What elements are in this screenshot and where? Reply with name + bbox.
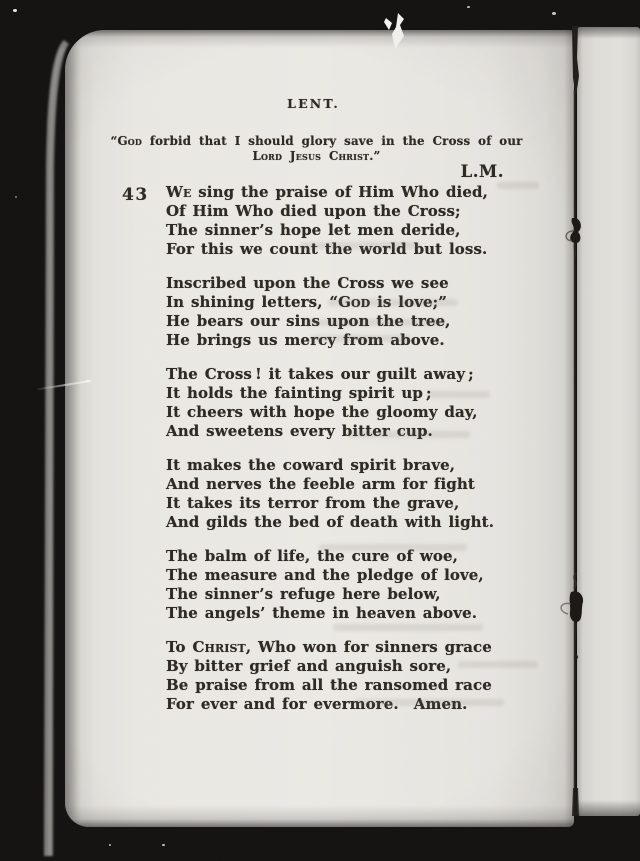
stanza-container: We sing the praise of Him Who died,Of Hi… bbox=[166, 183, 566, 729]
hymn-line: The angels’ theme in heaven above. bbox=[166, 604, 566, 623]
book-page: LENT. “God forbid that I should glory sa… bbox=[65, 30, 574, 827]
dust-speck bbox=[552, 12, 556, 15]
showthrough-smudge bbox=[300, 242, 420, 249]
page-crease-line bbox=[545, 0, 605, 861]
hymn-line: And gilds the bed of death with light. bbox=[166, 513, 566, 532]
hymn-line: It makes the coward spirit brave, bbox=[166, 456, 566, 475]
epigraph-line: “God forbid that I should glory save in … bbox=[95, 134, 538, 149]
text-run: It holds the fainting spirit up ; bbox=[166, 384, 432, 402]
showthrough-smudge bbox=[319, 544, 467, 551]
dust-speck bbox=[467, 6, 470, 8]
dust-speck bbox=[162, 844, 165, 846]
section-header: LENT. bbox=[65, 98, 562, 111]
text-run: To bbox=[166, 638, 192, 656]
small-caps-text: God bbox=[117, 134, 142, 148]
text-run: forbid that I should glory save in the C… bbox=[142, 134, 523, 148]
text-run: The sinner’s refuge here below, bbox=[166, 585, 441, 603]
stanza: The Cross ! it takes our guilt away ;It … bbox=[166, 365, 566, 441]
scanned-hymnal-photo: LENT. “God forbid that I should glory sa… bbox=[0, 0, 640, 861]
hymn-line: Of Him Who died upon the Cross; bbox=[166, 202, 566, 221]
hymn-line: The sinner’s refuge here below, bbox=[166, 585, 566, 604]
hymn-number: 43 bbox=[122, 187, 149, 204]
text-run: It takes its terror from the grave, bbox=[166, 494, 459, 512]
hymn-line: It holds the fainting spirit up ; bbox=[166, 384, 566, 403]
text-run: It makes the coward spirit brave, bbox=[166, 456, 455, 474]
text-run: It cheers with hope the gloomy day, bbox=[166, 403, 478, 421]
showthrough-smudge bbox=[348, 431, 470, 438]
showthrough-smudge bbox=[497, 182, 539, 189]
hymn-line: The measure and the pledge of love, bbox=[166, 566, 566, 585]
small-caps-text: Christ bbox=[192, 638, 245, 656]
white-arrow-artifact bbox=[380, 8, 410, 54]
hymn-line: Inscribed upon the Cross we see bbox=[166, 274, 566, 293]
text-run: The angels’ theme in heaven above. bbox=[166, 604, 477, 622]
text-run: sing the praise of Him Who died, bbox=[191, 183, 487, 201]
text-run: Of Him Who died upon the Cross; bbox=[166, 202, 461, 220]
hymn-line: Be praise from all the ransomed race bbox=[166, 676, 566, 695]
hymn-line: It cheers with hope the gloomy day, bbox=[166, 403, 566, 422]
hymn-line: It takes its terror from the grave, bbox=[166, 494, 566, 513]
showthrough-smudge bbox=[354, 699, 504, 706]
epigraph: “God forbid that I should glory save in … bbox=[95, 134, 538, 164]
text-run: And nerves the feeble arm for fight bbox=[166, 475, 475, 493]
showthrough-smudge bbox=[458, 661, 538, 668]
hymn-line: The sinner’s hope let men deride, bbox=[166, 221, 566, 240]
stanza: It makes the coward spirit brave,And ner… bbox=[166, 456, 566, 532]
small-caps-text: Lord Jesus Christ. bbox=[252, 149, 373, 163]
hymn-line: To Christ, Who won for sinners grace bbox=[166, 638, 566, 657]
showthrough-smudge bbox=[428, 391, 490, 398]
showthrough-smudge bbox=[311, 335, 411, 342]
text-run: In shining letters, “ bbox=[166, 293, 338, 311]
dust-speck bbox=[109, 844, 111, 846]
text-run: Be praise from all the ransomed race bbox=[166, 676, 492, 694]
dust-speck bbox=[15, 196, 17, 198]
dust-speck bbox=[13, 9, 17, 12]
text-run: By bitter grief and anguish sore, bbox=[166, 657, 451, 675]
showthrough-smudge bbox=[333, 624, 483, 631]
hymn-line: And nerves the feeble arm for fight bbox=[166, 475, 566, 494]
small-caps-text: We bbox=[166, 183, 191, 201]
text-run: ” bbox=[374, 149, 381, 163]
stanza: The balm of life, the cure of woe,The me… bbox=[166, 547, 566, 623]
text-run: The sinner’s hope let men deride, bbox=[166, 221, 460, 239]
text-run: Inscribed upon the Cross we see bbox=[166, 274, 449, 292]
text-run: The measure and the pledge of love, bbox=[166, 566, 484, 584]
text-run: The Cross ! it takes our guilt away ; bbox=[166, 365, 474, 383]
page-content: LENT. “God forbid that I should glory sa… bbox=[65, 30, 574, 827]
showthrough-smudge bbox=[305, 319, 445, 326]
meter-label: L.M. bbox=[461, 164, 504, 181]
showthrough-smudge bbox=[328, 299, 458, 306]
text-run: , Who won for sinners grace bbox=[246, 638, 492, 656]
hymn-line: The Cross ! it takes our guilt away ; bbox=[166, 365, 566, 384]
text-run: And gilds the bed of death with light. bbox=[166, 513, 494, 531]
